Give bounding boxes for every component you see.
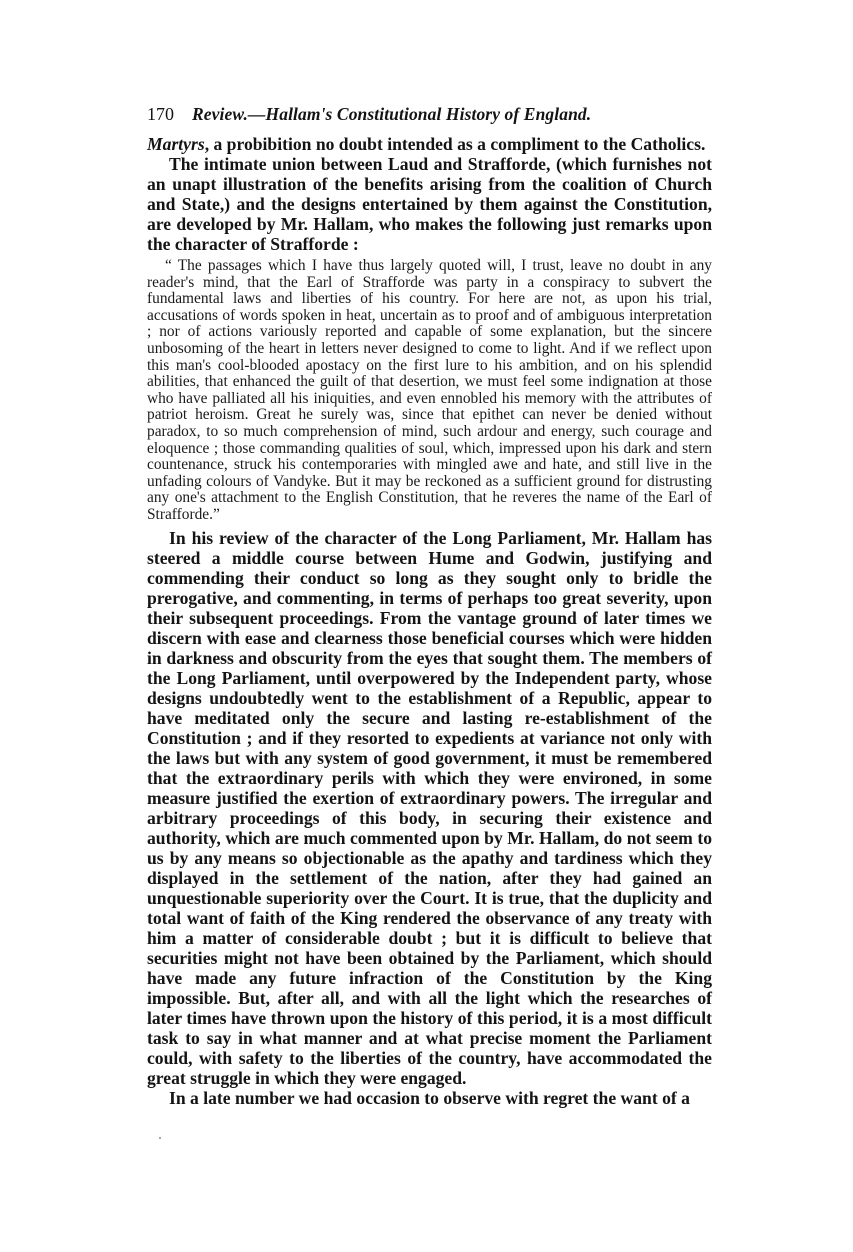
paragraph-text: , a probibition no doubt intended as a c…	[205, 134, 706, 154]
paragraph-late-number: In a late number we had occasion to obse…	[147, 1088, 712, 1108]
paragraph-laud-strafforde: The intimate union between Laud and Stra…	[147, 154, 712, 254]
scan-speck	[159, 1137, 161, 1139]
block-quote-hallam: “ The passages which I have thus largely…	[147, 258, 712, 524]
running-head: 170 Review.—Hallam's Constitutional Hist…	[147, 104, 712, 134]
italic-title-martyrs: Martyrs	[147, 134, 205, 154]
page-number: 170	[147, 104, 192, 125]
book-page: 170 Review.—Hallam's Constitutional Hist…	[147, 104, 712, 1108]
running-title: Review.—Hallam's Constitutional History …	[192, 104, 591, 125]
paragraph-martyrs: Martyrs, a probibition no doubt intended…	[147, 134, 712, 154]
paragraph-long-parliament: In his review of the character of the Lo…	[147, 528, 712, 1088]
